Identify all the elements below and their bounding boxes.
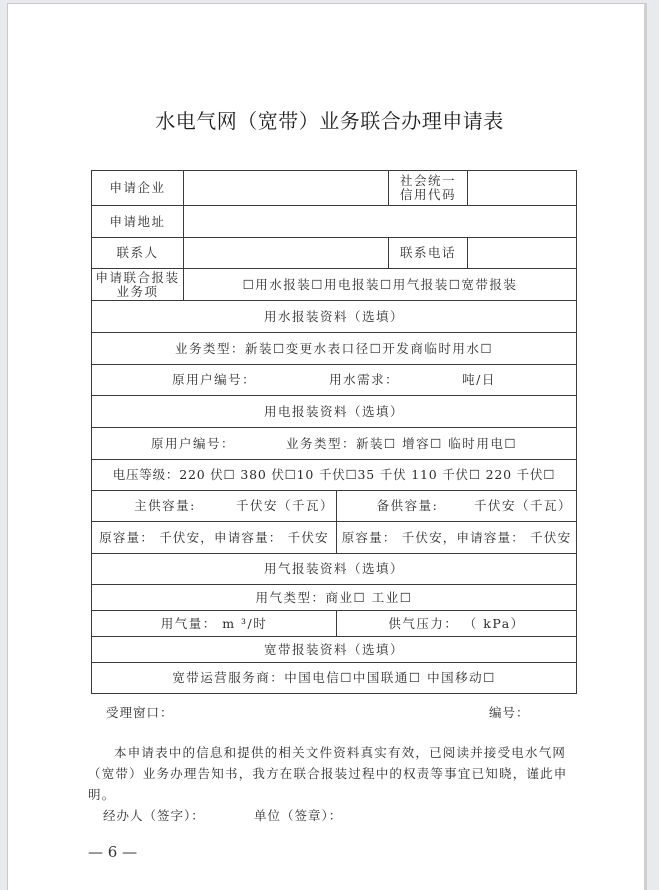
applicant-company-label: 申请企业 <box>92 171 184 206</box>
table-row: 宽带报装资料（选填） <box>92 637 577 663</box>
table-row: 宽带运营服务商：中国电信☐中国联通☐ 中国移动☐ <box>92 663 577 694</box>
acceptance-window-label: 受理窗口： <box>106 703 174 721</box>
water-demand-label: 用水需求： <box>329 372 399 387</box>
table-row: 用气量： m ³/时 供气压力： （ kPa） <box>92 611 577 637</box>
table-row: 用气报装资料（选填） <box>92 554 577 585</box>
applicant-address-field[interactable] <box>184 206 577 238</box>
unit-seal-label: 单位（签章）： <box>254 806 342 824</box>
table-row: 用水报装资料（选填） <box>92 301 577 333</box>
table-row: 用气类型：商业☐ 工业☐ <box>92 585 577 611</box>
declaration-paragraph: 本申请表中的信息和提供的相关文件资料真实有效，已阅读并接受电水气网（宽带）业务办… <box>88 742 578 805</box>
table-row: 业务类型：新装☐变更水表口径☐开发商临时用水☐ <box>92 333 577 365</box>
table-row: 申请企业 社会统一信用代码 <box>92 171 577 206</box>
gas-section-header: 用气报装资料（选填） <box>92 554 577 585</box>
electricity-user-type-row[interactable]: 原用户编号： 业务类型：新装☐ 增容☐ 临时用电☐ <box>92 428 577 460</box>
main-capacity-label: 主供容量: <box>134 498 196 513</box>
backup-capacity-cell[interactable]: 备供容量: 千伏安（千瓦） <box>337 491 577 522</box>
credit-code-label-line2: 信用代码 <box>400 187 456 202</box>
gas-supply-pressure[interactable]: 供气压力： （ kPa） <box>337 611 577 637</box>
table-row: 原容量： 千伏安，申请容量： 千伏安 原容量： 千伏安，申请容量： 千伏安 <box>92 522 577 554</box>
table-row: 原用户编号： 用水需求： 吨/日 <box>92 365 577 396</box>
broadband-operator[interactable]: 宽带运营服务商：中国电信☐中国联通☐ 中国移动☐ <box>92 663 577 694</box>
water-demand-unit: 吨/日 <box>462 372 496 387</box>
table-row: 联系人 联系电话 <box>92 238 577 269</box>
serial-no-label: 编号： <box>489 703 530 721</box>
table-row: 主供容量: 千伏安（千瓦） 备供容量: 千伏安（千瓦） <box>92 491 577 522</box>
application-form-table: 申请企业 社会统一信用代码 申请地址 联系人 联系电话 申请联合报装业务项 ☐用… <box>91 170 577 694</box>
joint-items-label-line1: 申请联合报装 <box>95 270 179 285</box>
joint-items-label-line2: 业务项 <box>116 284 158 299</box>
table-row: 申请联合报装业务项 ☐用水报装☐用电报装☐用气报装☐宽带报装 <box>92 269 577 301</box>
contact-phone-field[interactable] <box>468 238 577 269</box>
electricity-original-user-no: 原用户编号： <box>151 436 235 451</box>
table-row: 用电报装资料（选填） <box>92 396 577 428</box>
credit-code-label: 社会统一信用代码 <box>389 171 468 206</box>
backup-capacity-change[interactable]: 原容量： 千伏安，申请容量： 千伏安 <box>337 522 577 554</box>
page-number: — 6 — <box>88 843 137 861</box>
table-row: 原用户编号： 业务类型：新装☐ 增容☐ 临时用电☐ <box>92 428 577 460</box>
gas-type[interactable]: 用气类型：商业☐ 工业☐ <box>92 585 577 611</box>
credit-code-field[interactable] <box>468 171 577 206</box>
electricity-business-type[interactable]: 业务类型：新装☐ 增容☐ 临时用电☐ <box>286 436 517 451</box>
page-title: 水电气网（宽带）业务联合办理申请表 <box>0 105 659 134</box>
applicant-company-field[interactable] <box>184 171 389 206</box>
applicant-address-label: 申请地址 <box>92 206 184 238</box>
joint-items-checkboxes[interactable]: ☐用水报装☐用电报装☐用气报装☐宽带报装 <box>184 269 577 301</box>
contact-person-label: 联系人 <box>92 238 184 269</box>
main-capacity-unit: 千伏安（千瓦） <box>236 499 334 513</box>
main-capacity-cell[interactable]: 主供容量: 千伏安（千瓦） <box>92 491 337 522</box>
electricity-voltage-level[interactable]: 电压等级：220 伏☐ 380 伏☐10 千伏☐35 千伏 110 千伏☐ 22… <box>92 460 577 491</box>
joint-items-label: 申请联合报装业务项 <box>92 269 184 301</box>
contact-person-field[interactable] <box>184 238 389 269</box>
main-capacity-change[interactable]: 原容量： 千伏安，申请容量： 千伏安 <box>92 522 337 554</box>
contact-phone-label: 联系电话 <box>389 238 468 269</box>
table-row: 申请地址 <box>92 206 577 238</box>
table-row: 电压等级：220 伏☐ 380 伏☐10 千伏☐35 千伏 110 千伏☐ 22… <box>92 460 577 491</box>
water-business-type[interactable]: 业务类型：新装☐变更水表口径☐开发商临时用水☐ <box>92 333 577 365</box>
electricity-section-header: 用电报装资料（选填） <box>92 396 577 428</box>
backup-capacity-label: 备供容量: <box>377 498 439 513</box>
credit-code-label-line1: 社会统一 <box>400 173 456 188</box>
handler-signature-label: 经办人（签字）： <box>103 806 205 824</box>
broadband-section-header: 宽带报装资料（选填） <box>92 637 577 663</box>
water-original-user-no: 原用户编号： <box>172 372 256 387</box>
gas-volume[interactable]: 用气量： m ³/时 <box>92 611 337 637</box>
water-user-demand-row[interactable]: 原用户编号： 用水需求： 吨/日 <box>92 365 577 396</box>
water-section-header: 用水报装资料（选填） <box>92 301 577 333</box>
backup-capacity-unit: 千伏安（千瓦） <box>474 499 572 513</box>
